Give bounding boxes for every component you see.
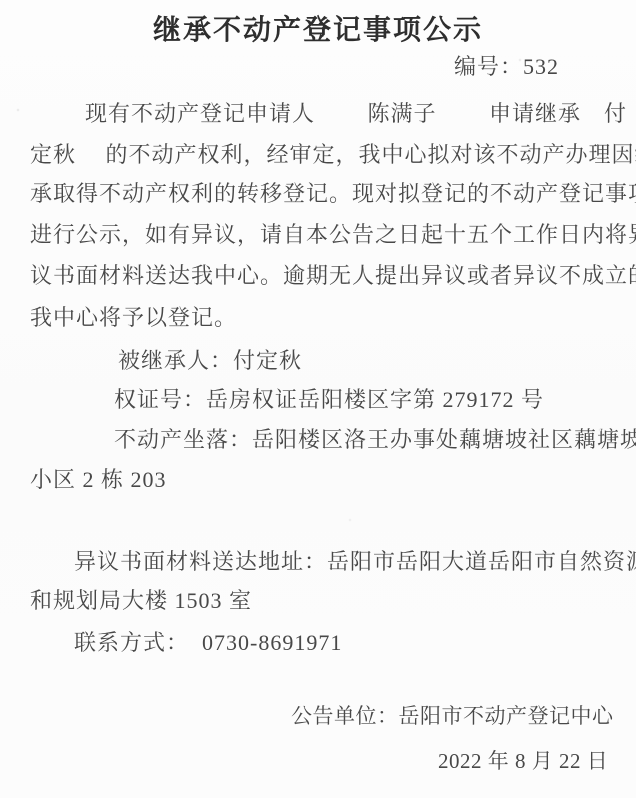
paragraph-line-2: 定秋 的不动产权利，经审定，我中心拟对该不动产办理因继 <box>30 141 636 169</box>
certificate-number-line: 权证号：岳房权证岳阳楼区字第 279172 号 <box>114 386 544 414</box>
objection-address-line-1: 异议书面材料送达地址：岳阳市岳阳大道岳阳市自然资源 <box>74 548 636 576</box>
issuing-unit-line: 公告单位：岳阳市不动产登记中心 <box>291 702 614 730</box>
page-title: 继承不动产登记事项公示 <box>0 13 636 47</box>
objection-address-line-2: 和规划局大楼 1503 室 <box>30 587 252 615</box>
doc-number: 编号：532 <box>454 53 559 81</box>
paragraph-line-4: 进行公示，如有异议，请自本公告之日起十五个工作日内将异 <box>30 221 636 249</box>
paragraph-line-1: 现有不动产登记申请人 陈满子 申请继承 付 <box>85 100 627 128</box>
decedent-line: 被继承人：付定秋 <box>118 347 302 375</box>
announcement-date: 2022 年 8 月 22 日 <box>438 747 608 775</box>
property-location-line-1: 不动产坐落：岳阳楼区洛王办事处藕塘坡社区藕塘坡 <box>114 426 636 454</box>
paragraph-line-5: 议书面材料送达我中心。逾期无人提出异议或者异议不成立的， <box>30 262 636 290</box>
property-location-line-2: 小区 2 栋 203 <box>30 466 167 494</box>
paragraph-line-6: 我中心将予以登记。 <box>30 304 237 332</box>
paragraph-line-3: 承取得不动产权利的转移登记。现对拟登记的不动产登记事项 <box>30 180 636 208</box>
contact-phone-line: 联系方式： 0730-8691971 <box>74 629 342 657</box>
document-page: 继承不动产登记事项公示 编号：532 现有不动产登记申请人 陈满子 申请继承 付… <box>0 0 636 798</box>
